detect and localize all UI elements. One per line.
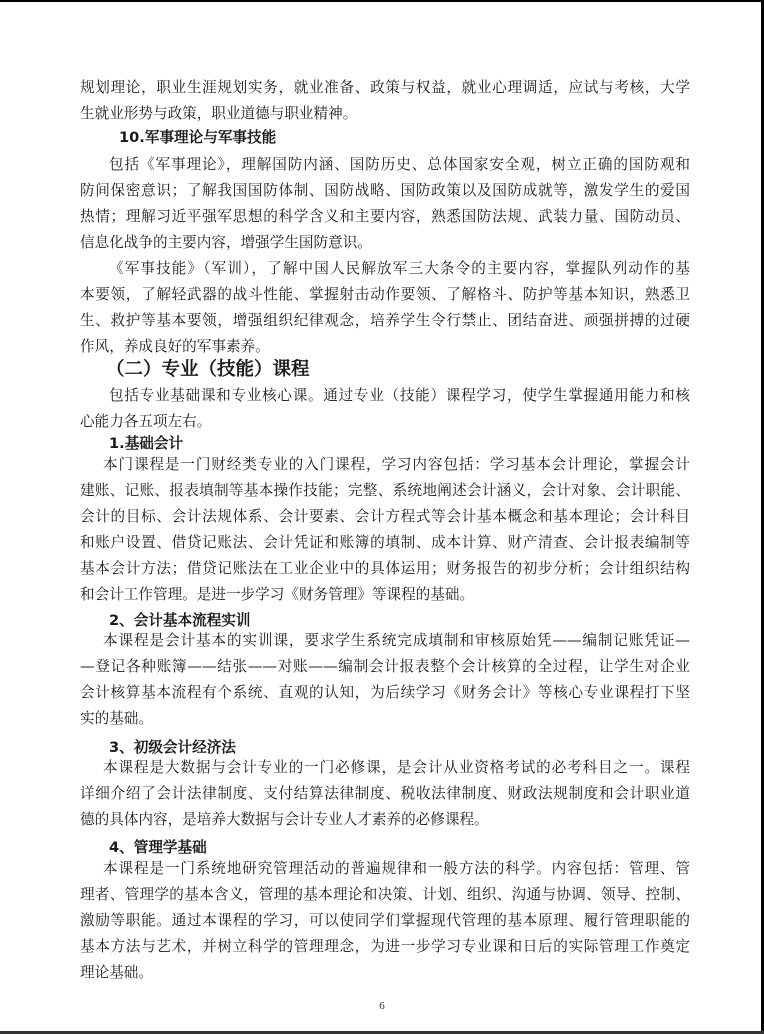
paragraph-line: 理者、管理学的基本含义，管理的基本理论和决策、计划、组织、沟通与协调、领导、控制… [80,885,690,905]
paragraph-line: 防间保密意识；了解我国国防体制、国防战略、国防政策以及国防成就等，激发学生的爱国 [80,181,690,201]
paragraph-line: 会计核算基本流程有个系统、直观的认知，为后续学习《财务会计》等核心专业课程打下坚 [80,683,690,703]
course-heading-management-basics: 4、管理学基础 [109,838,207,858]
paragraph-line: 本课程是会计基本的实训课，要求学生系统完成填制和审核原始凭——编制记账凭证— [103,631,690,651]
paragraph-line: 基本会计方法；借贷记账法在工业企业中的具体运用；财务报告的初步分析；会计组织结构 [80,559,690,579]
paragraph-line: 理论基础。 [80,963,690,983]
paragraph-line: 详细介绍了会计法律制度、支付结算法律制度、税收法律制度、财政法规制度和会计职业道 [80,784,690,804]
paragraph-line: 生就业形势与政策，职业道德与职业精神。 [80,104,690,124]
paragraph-line: 德的具体内容，是培养大数据与会计专业人才素养的必修课程。 [80,810,690,830]
section-heading-military: 10.军事理论与军事技能 [119,128,276,148]
course-heading-accounting-process-training: 2、会计基本流程实训 [109,611,251,631]
paragraph-line: 生、救护等基本要领，增强组织纪律观念，培养学生令行禁止、团结奋进、顽强拼搏的过硬 [80,311,690,331]
paragraph-line: 激励等职能。通过本课程的学习，可以使同学们掌握现代管理的基本原理、履行管理职能的 [80,911,690,931]
paragraph-line: 热情；理解习近平强军思想的科学含义和主要内容，熟悉国防法规、武装力量、国防动员、 [80,207,690,227]
course-heading-basic-accounting: 1.基础会计 [109,434,183,454]
course-heading-economic-law: 3、初级会计经济法 [109,738,236,758]
paragraph-line: 信息化战争的主要内容，增强学生国防意识。 [80,233,690,253]
section-heading-professional-courses: （二）专业（技能）课程 [106,358,310,382]
paragraph-line: 基本方法与艺术，并树立科学的管理理念，为进一步学习专业课和日后的实际管理工作奠定 [80,937,690,957]
paragraph-line: 和账户设置、借贷记账法、会计凭证和账簿的填制、成本计算、财产清查、会计报表编制等 [80,533,690,553]
paragraph-line: 实的基础。 [80,709,690,729]
paragraph-line: 本要领，了解轻武器的战斗性能、掌握射击动作要领、了解格斗、防护等基本知识，熟悉卫 [80,285,690,305]
paragraph-line: 心能力各五项左右。 [80,412,690,432]
paragraph-line: 《军事技能》（军训），了解中国人民解放军三大条令的主要内容，掌握队列动作的基 [109,259,690,279]
paragraph-line: 本课程是大数据与会计专业的一门必修课，是会计从业资格考试的必考科目之一。课程 [103,758,690,778]
paragraph-line: 本门课程是一门财经类专业的入门课程，学习内容包括：学习基本会计理论，掌握会计 [103,455,690,475]
paragraph-line: 包括专业基础课和专业核心课。通过专业（技能）课程学习，使学生掌握通用能力和核 [109,386,690,406]
paragraph-line: 建账、记账、报表填制等基本操作技能；完整、系统地阐述会计涵义，会计对象、会计职能… [80,481,690,501]
paragraph-line: 和会计工作管理。是进一步学习《财务管理》等课程的基础。 [80,585,690,605]
page-border-top [0,0,764,2]
paragraph-line: 作风，养成良好的军事素养。 [80,337,690,357]
paragraph-line: 本课程是一门系统地研究管理活动的普遍规律和一般方法的科学。内容包括：管理、管 [103,859,690,879]
page-number: 6 [0,1000,764,1012]
paragraph-line: 规划理论，职业生涯规划实务，就业准备、政策与权益，就业心理调适，应试与考核，大学 [80,78,690,98]
paragraph-line: 会计的目标、会计法规体系、会计要素、会计方程式等会计基本概念和基本理论；会计科目 [80,507,690,527]
paragraph-line: —登记各种账簿——结张——对账——编制会计报表整个会计核算的全过程，让学生对企业 [80,657,690,677]
paragraph-line: 包括《军事理论》，理解国防内涵、国防历史、总体国家安全观，树立正确的国防观和 [109,155,690,175]
